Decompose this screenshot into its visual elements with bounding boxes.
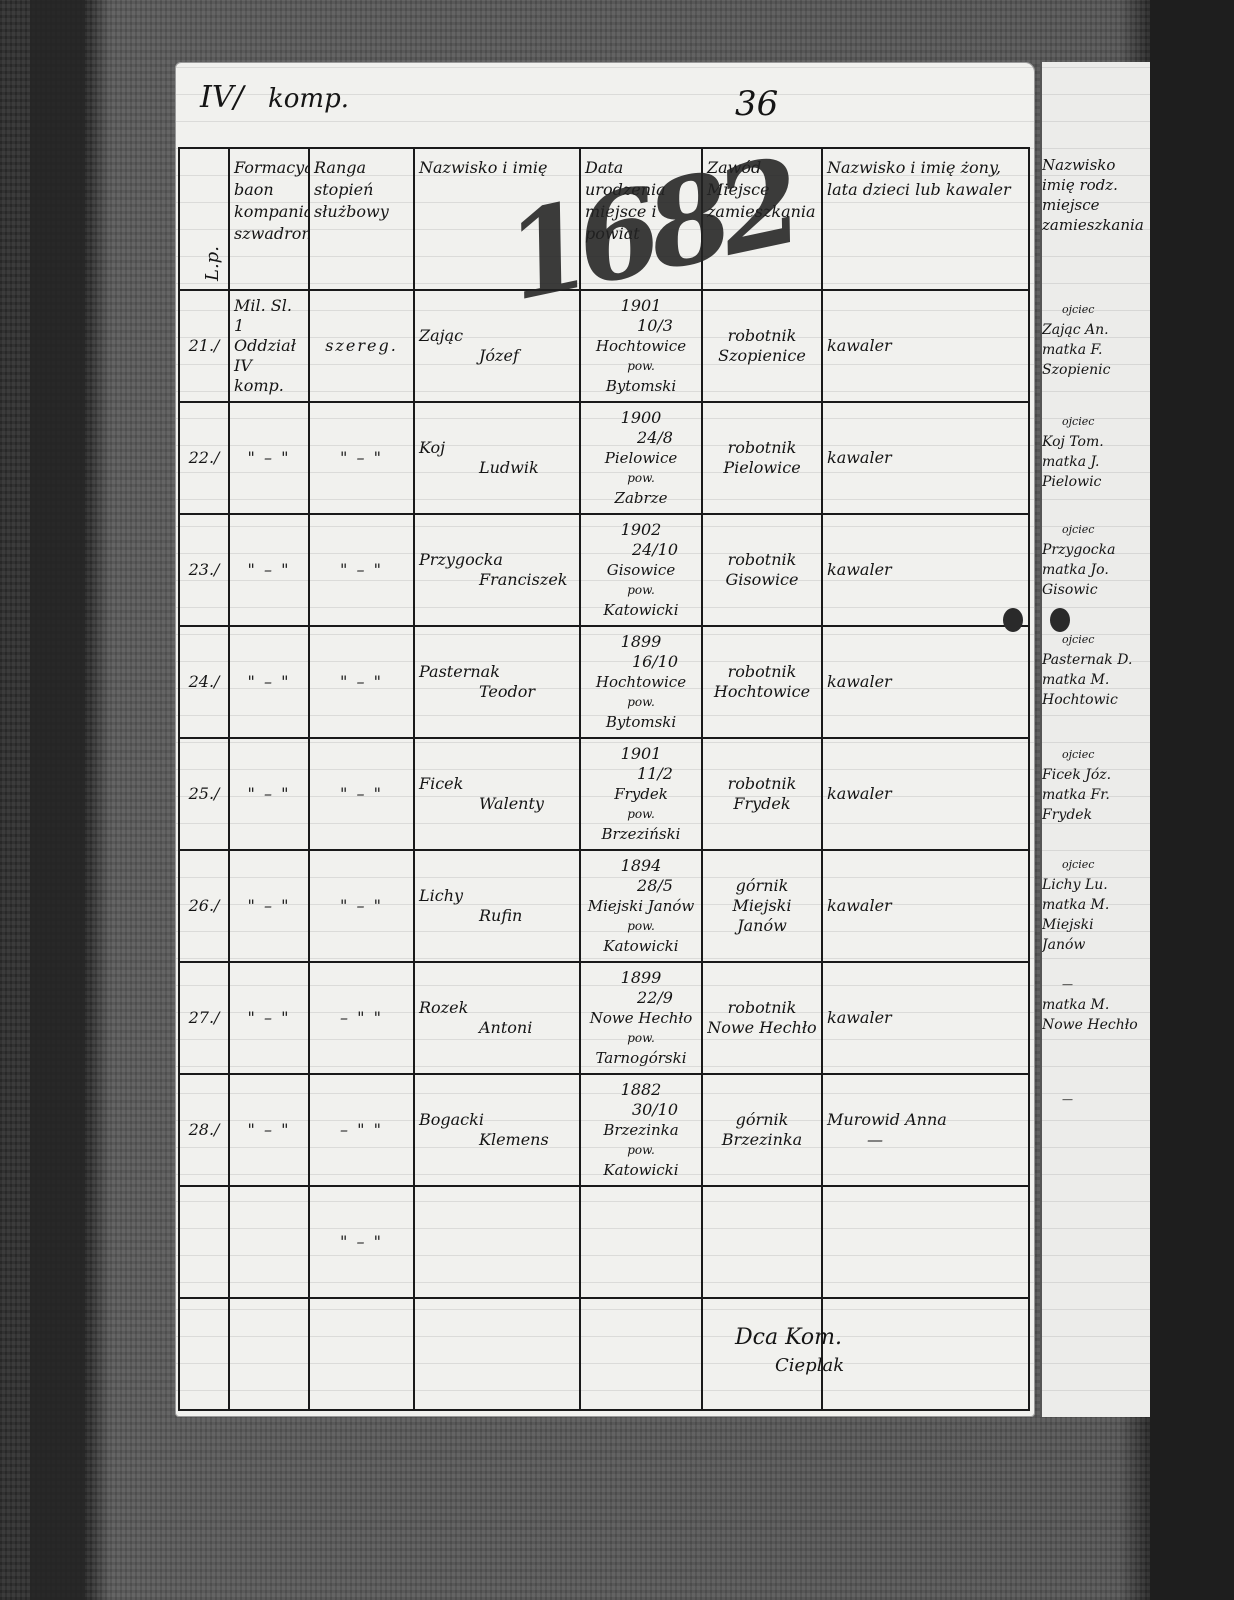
birth-place: Miejski Janów — [585, 896, 697, 916]
birth-place: Gisowice — [585, 560, 697, 580]
rank-cell: " – " — [309, 626, 414, 738]
surname: Zając — [419, 326, 575, 346]
table-row: 25./" – "" – "FicekWalenty190111/2Frydek… — [179, 738, 1029, 850]
birth-district: Katowicki — [585, 1160, 697, 1180]
parents-header-line: imię rodz. — [1042, 175, 1150, 195]
parents-line: Pasternak D. — [1042, 650, 1150, 670]
column-header-marital: Nazwisko i imię żony, lata dzieci lub ka… — [822, 148, 1029, 290]
empty-cell — [580, 1298, 702, 1410]
name-cell: BogackiKlemens — [414, 1074, 580, 1186]
marital-extra: — — [827, 1130, 1024, 1150]
birth-date: 30/10 — [585, 1100, 697, 1120]
given-name: Klemens — [419, 1130, 575, 1150]
occupation-cell: robotnikNowe Hechło — [702, 962, 822, 1074]
marital-status: kawaler — [827, 896, 1024, 916]
parents-header-line: miejsce — [1042, 195, 1150, 215]
parents-column-header: Nazwisko imię rodz. miejsce zamieszkania — [1042, 155, 1150, 235]
rank-cell: – " " — [309, 962, 414, 1074]
scan-left-border — [30, 0, 85, 1600]
name-cell: RozekAntoni — [414, 962, 580, 1074]
birth-cell: 189922/9Nowe Hechłopow.Tarnogórski — [580, 962, 702, 1074]
punch-hole — [1003, 608, 1023, 632]
surname: Lichy — [419, 886, 575, 906]
occupation: robotnik — [707, 662, 817, 682]
parents-line: Pielowic — [1042, 472, 1150, 492]
birth-cell: 190224/10Gisowicepow.Katowicki — [580, 514, 702, 626]
table-row: 27./" – "– " "RozekAntoni189922/9Nowe He… — [179, 962, 1029, 1074]
parents-line: Szopienic — [1042, 360, 1150, 380]
given-name: Franciszek — [419, 570, 575, 590]
surname: Przygocka — [419, 550, 575, 570]
rank-cell: " – " — [309, 402, 414, 514]
marital-status: kawaler — [827, 672, 1024, 692]
parents-entry: ojciecKoj Tom.matka J.Pielowic — [1042, 412, 1150, 492]
birth-district: Bytomski — [585, 376, 697, 396]
marital-status-cell: kawaler — [822, 402, 1029, 514]
empty-row: " – " — [179, 1186, 1029, 1298]
occupation: robotnik — [707, 550, 817, 570]
birth-date: 10/3 — [585, 316, 697, 336]
birth-year: 1882 — [585, 1080, 697, 1100]
empty-cell — [179, 1298, 229, 1410]
district-prefix: pow. — [585, 916, 697, 936]
row-number: 28./ — [179, 1074, 229, 1186]
birth-date: 11/2 — [585, 764, 697, 784]
birth-district: Tarnogórski — [585, 1048, 697, 1068]
rank-cell: szereg. — [309, 290, 414, 402]
given-name: Józef — [419, 346, 575, 366]
birth-cell: 190024/8Pielowicepow.Zabrze — [580, 402, 702, 514]
marital-status-cell: Murowid Anna— — [822, 1074, 1029, 1186]
marital-status-cell: kawaler — [822, 514, 1029, 626]
register-table: L.p. Formacya baon kompania szwadron Ran… — [178, 147, 1030, 1411]
parents-line: Nowe Hechło — [1042, 1015, 1150, 1035]
occupation-cell: górnikMiejski Janów — [702, 850, 822, 962]
marital-status: kawaler — [827, 560, 1024, 580]
district-prefix: pow. — [585, 692, 697, 712]
scan-right-border — [1150, 0, 1234, 1600]
formation-cell: " – " — [229, 626, 309, 738]
parents-entry: ojciecPrzygockamatka Jo.Gisowic — [1042, 520, 1150, 600]
parents-line: Lichy Lu. — [1042, 875, 1150, 895]
marital-status-cell: kawaler — [822, 962, 1029, 1074]
empty-cell — [702, 1186, 822, 1298]
occupation: robotnik — [707, 438, 817, 458]
formation-line: " – " — [234, 448, 304, 468]
occupation-cell: robotnikSzopienice — [702, 290, 822, 402]
signature-title: Dca Kom. — [735, 1325, 842, 1350]
corner-note: IV/ — [200, 80, 244, 115]
parents-entry: ojciecPasternak D.matka M.Hochtowic — [1042, 630, 1150, 710]
formation-line: " – " — [234, 1120, 304, 1140]
parents-entry: —matka M.Nowe Hechło — [1042, 975, 1150, 1035]
parents-line: matka Fr. — [1042, 785, 1150, 805]
parents-entry: — — [1042, 1090, 1150, 1110]
birth-year: 1900 — [585, 408, 697, 428]
occupation-cell: robotnikGisowice — [702, 514, 822, 626]
formation-line: 1 Oddział — [234, 316, 304, 356]
page-number: 36 — [735, 84, 778, 124]
column-header-rank: Ranga stopień służbowy — [309, 148, 414, 290]
birth-cell: 188230/10Brzezinkapow.Katowicki — [580, 1074, 702, 1186]
parents-line: matka M. — [1042, 670, 1150, 690]
occupation: robotnik — [707, 998, 817, 1018]
parents-entry: ojciecZając An.matka F.Szopienic — [1042, 300, 1150, 380]
occupation: robotnik — [707, 774, 817, 794]
residence: Nowe Hechło — [707, 1018, 817, 1038]
formation-line: " – " — [234, 1008, 304, 1028]
district-prefix: pow. — [585, 804, 697, 824]
residence: Gisowice — [707, 570, 817, 590]
parents-line: ojciec — [1042, 300, 1150, 320]
row-number: 27./ — [179, 962, 229, 1074]
marital-status-cell: kawaler — [822, 738, 1029, 850]
residence: Hochtowice — [707, 682, 817, 702]
birth-place: Nowe Hechło — [585, 1008, 697, 1028]
parents-line: ojciec — [1042, 855, 1150, 875]
marital-status: Murowid Anna — [827, 1110, 1024, 1130]
formation-line: " – " — [234, 672, 304, 692]
rank-cell: " – " — [309, 514, 414, 626]
row-number: 23./ — [179, 514, 229, 626]
empty-row — [179, 1298, 1029, 1410]
birth-district: Katowicki — [585, 936, 697, 956]
row-number: 26./ — [179, 850, 229, 962]
birth-date: 24/8 — [585, 428, 697, 448]
given-name: Antoni — [419, 1018, 575, 1038]
birth-cell: 189428/5Miejski Janówpow.Katowicki — [580, 850, 702, 962]
given-name: Ludwik — [419, 458, 575, 478]
parents-line: Koj Tom. — [1042, 432, 1150, 452]
parents-line: ojciec — [1042, 520, 1150, 540]
formation-cell: " – " — [229, 962, 309, 1074]
birth-district: Zabrze — [585, 488, 697, 508]
row-number: 25./ — [179, 738, 229, 850]
residence: Brzezinka — [707, 1130, 817, 1150]
parents-line: — — [1042, 975, 1150, 995]
formation-line: Mil. Sl. — [234, 296, 304, 316]
formation-cell: " – " — [229, 738, 309, 850]
given-name: Teodor — [419, 682, 575, 702]
occupation-cell: górnikBrzezinka — [702, 1074, 822, 1186]
name-cell: LichyRufin — [414, 850, 580, 962]
parents-line: matka F. — [1042, 340, 1150, 360]
birth-district: Brzeziński — [585, 824, 697, 844]
parents-line: Przygocka — [1042, 540, 1150, 560]
occupation: robotnik — [707, 326, 817, 346]
birth-year: 1901 — [585, 744, 697, 764]
marital-status: kawaler — [827, 1008, 1024, 1028]
surname: Ficek — [419, 774, 575, 794]
birth-place: Hochtowice — [585, 672, 697, 692]
marital-status: kawaler — [827, 448, 1024, 468]
marital-status: kawaler — [827, 336, 1024, 356]
rank-cell: " – " — [309, 1186, 414, 1298]
residence: Szopienice — [707, 346, 817, 366]
name-cell: PrzygockaFranciszek — [414, 514, 580, 626]
birth-year: 1902 — [585, 520, 697, 540]
formation-cell: " – " — [229, 850, 309, 962]
marital-status-cell: kawaler — [822, 290, 1029, 402]
table-row: 28./" – "– " "BogackiKlemens188230/10Brz… — [179, 1074, 1029, 1186]
parents-line: Zając An. — [1042, 320, 1150, 340]
formation-cell: Mil. Sl.1 OddziałIV komp. — [229, 290, 309, 402]
birth-place: Frydek — [585, 784, 697, 804]
district-prefix: pow. — [585, 580, 697, 600]
table-row: 24./" – "" – "PasternakTeodor189916/10Ho… — [179, 626, 1029, 738]
given-name: Walenty — [419, 794, 575, 814]
name-cell: FicekWalenty — [414, 738, 580, 850]
name-cell: KojLudwik — [414, 402, 580, 514]
parents-line: ojciec — [1042, 630, 1150, 650]
occupation-cell: robotnikHochtowice — [702, 626, 822, 738]
birth-cell: 190111/2Frydekpow.Brzeziński — [580, 738, 702, 850]
parents-entry: ojciecLichy Lu.matka M.MiejskiJanów — [1042, 855, 1150, 955]
birth-place: Hochtowice — [585, 336, 697, 356]
surname: Bogacki — [419, 1110, 575, 1130]
rank-cell — [309, 1298, 414, 1410]
occupation-cell: robotnikPielowice — [702, 402, 822, 514]
parents-line: ojciec — [1042, 412, 1150, 432]
birth-date: 28/5 — [585, 876, 697, 896]
name-cell: PasternakTeodor — [414, 626, 580, 738]
parents-header-line: Nazwisko — [1042, 155, 1150, 175]
marital-status: kawaler — [827, 784, 1024, 804]
birth-place: Brzezinka — [585, 1120, 697, 1140]
parents-line: Janów — [1042, 935, 1150, 955]
birth-date: 22/9 — [585, 988, 697, 1008]
empty-cell — [580, 1186, 702, 1298]
birth-place: Pielowice — [585, 448, 697, 468]
formation-cell: " – " — [229, 514, 309, 626]
district-prefix: pow. — [585, 356, 697, 376]
birth-district: Katowicki — [585, 600, 697, 620]
adjacent-page — [1040, 62, 1152, 1417]
empty-cell — [229, 1298, 309, 1410]
parents-line: — — [1042, 1090, 1150, 1110]
parents-line: matka Jo. — [1042, 560, 1150, 580]
birth-year: 1899 — [585, 968, 697, 988]
table-row: 26./" – "" – "LichyRufin189428/5Miejski … — [179, 850, 1029, 962]
table-row: 23./" – "" – "PrzygockaFranciszek190224/… — [179, 514, 1029, 626]
signature-name: Cieplak — [775, 1355, 844, 1376]
parents-line: Ficek Józ. — [1042, 765, 1150, 785]
parents-header-line: zamieszkania — [1042, 215, 1150, 235]
formation-line: " – " — [234, 560, 304, 580]
empty-cell — [414, 1186, 580, 1298]
birth-year: 1899 — [585, 632, 697, 652]
occupation: górnik — [707, 876, 817, 896]
formation-cell: " – " — [229, 402, 309, 514]
parents-line: Frydek — [1042, 805, 1150, 825]
column-header-lp: L.p. — [179, 148, 229, 290]
empty-cell — [822, 1186, 1029, 1298]
parents-line: ojciec — [1042, 745, 1150, 765]
marital-status-cell: kawaler — [822, 850, 1029, 962]
formation-cell: " – " — [229, 1074, 309, 1186]
row-number: 24./ — [179, 626, 229, 738]
birth-year: 1894 — [585, 856, 697, 876]
birth-cell: 189916/10Hochtowicepow.Bytomski — [580, 626, 702, 738]
row-number: 22./ — [179, 402, 229, 514]
empty-cell — [229, 1186, 309, 1298]
residence: Miejski Janów — [707, 896, 817, 936]
empty-cell — [179, 1186, 229, 1298]
parents-line: matka M. — [1042, 995, 1150, 1015]
occupation: górnik — [707, 1110, 817, 1130]
marital-status-cell: kawaler — [822, 626, 1029, 738]
birth-district: Bytomski — [585, 712, 697, 732]
parents-entry: ojciecFicek Józ.matka Fr.Frydek — [1042, 745, 1150, 825]
formation-line: " – " — [234, 784, 304, 804]
rank-cell: " – " — [309, 850, 414, 962]
punch-hole — [1050, 608, 1070, 632]
empty-cell — [414, 1298, 580, 1410]
column-header-formation: Formacya baon kompania szwadron — [229, 148, 309, 290]
parents-line: Hochtowic — [1042, 690, 1150, 710]
formation-line: " – " — [234, 896, 304, 916]
district-prefix: pow. — [585, 468, 697, 488]
surname: Koj — [419, 438, 575, 458]
surname: Rozek — [419, 998, 575, 1018]
district-prefix: pow. — [585, 1140, 697, 1160]
table-row: 22./" – "" – "KojLudwik190024/8Pielowice… — [179, 402, 1029, 514]
residence: Pielowice — [707, 458, 817, 478]
given-name: Rufin — [419, 906, 575, 926]
row-number: 21./ — [179, 290, 229, 402]
birth-date: 24/10 — [585, 540, 697, 560]
company-note: komp. — [268, 84, 349, 114]
formation-line: IV komp. — [234, 356, 304, 396]
birth-date: 16/10 — [585, 652, 697, 672]
occupation-cell: robotnikFrydek — [702, 738, 822, 850]
parents-line: Miejski — [1042, 915, 1150, 935]
parents-line: matka M. — [1042, 895, 1150, 915]
residence: Frydek — [707, 794, 817, 814]
empty-cell — [702, 1298, 822, 1410]
district-prefix: pow. — [585, 1028, 697, 1048]
rank-cell: " – " — [309, 738, 414, 850]
surname: Pasternak — [419, 662, 575, 682]
empty-cell — [822, 1298, 1029, 1410]
parents-line: Gisowic — [1042, 580, 1150, 600]
rank-cell: – " " — [309, 1074, 414, 1186]
parents-line: matka J. — [1042, 452, 1150, 472]
